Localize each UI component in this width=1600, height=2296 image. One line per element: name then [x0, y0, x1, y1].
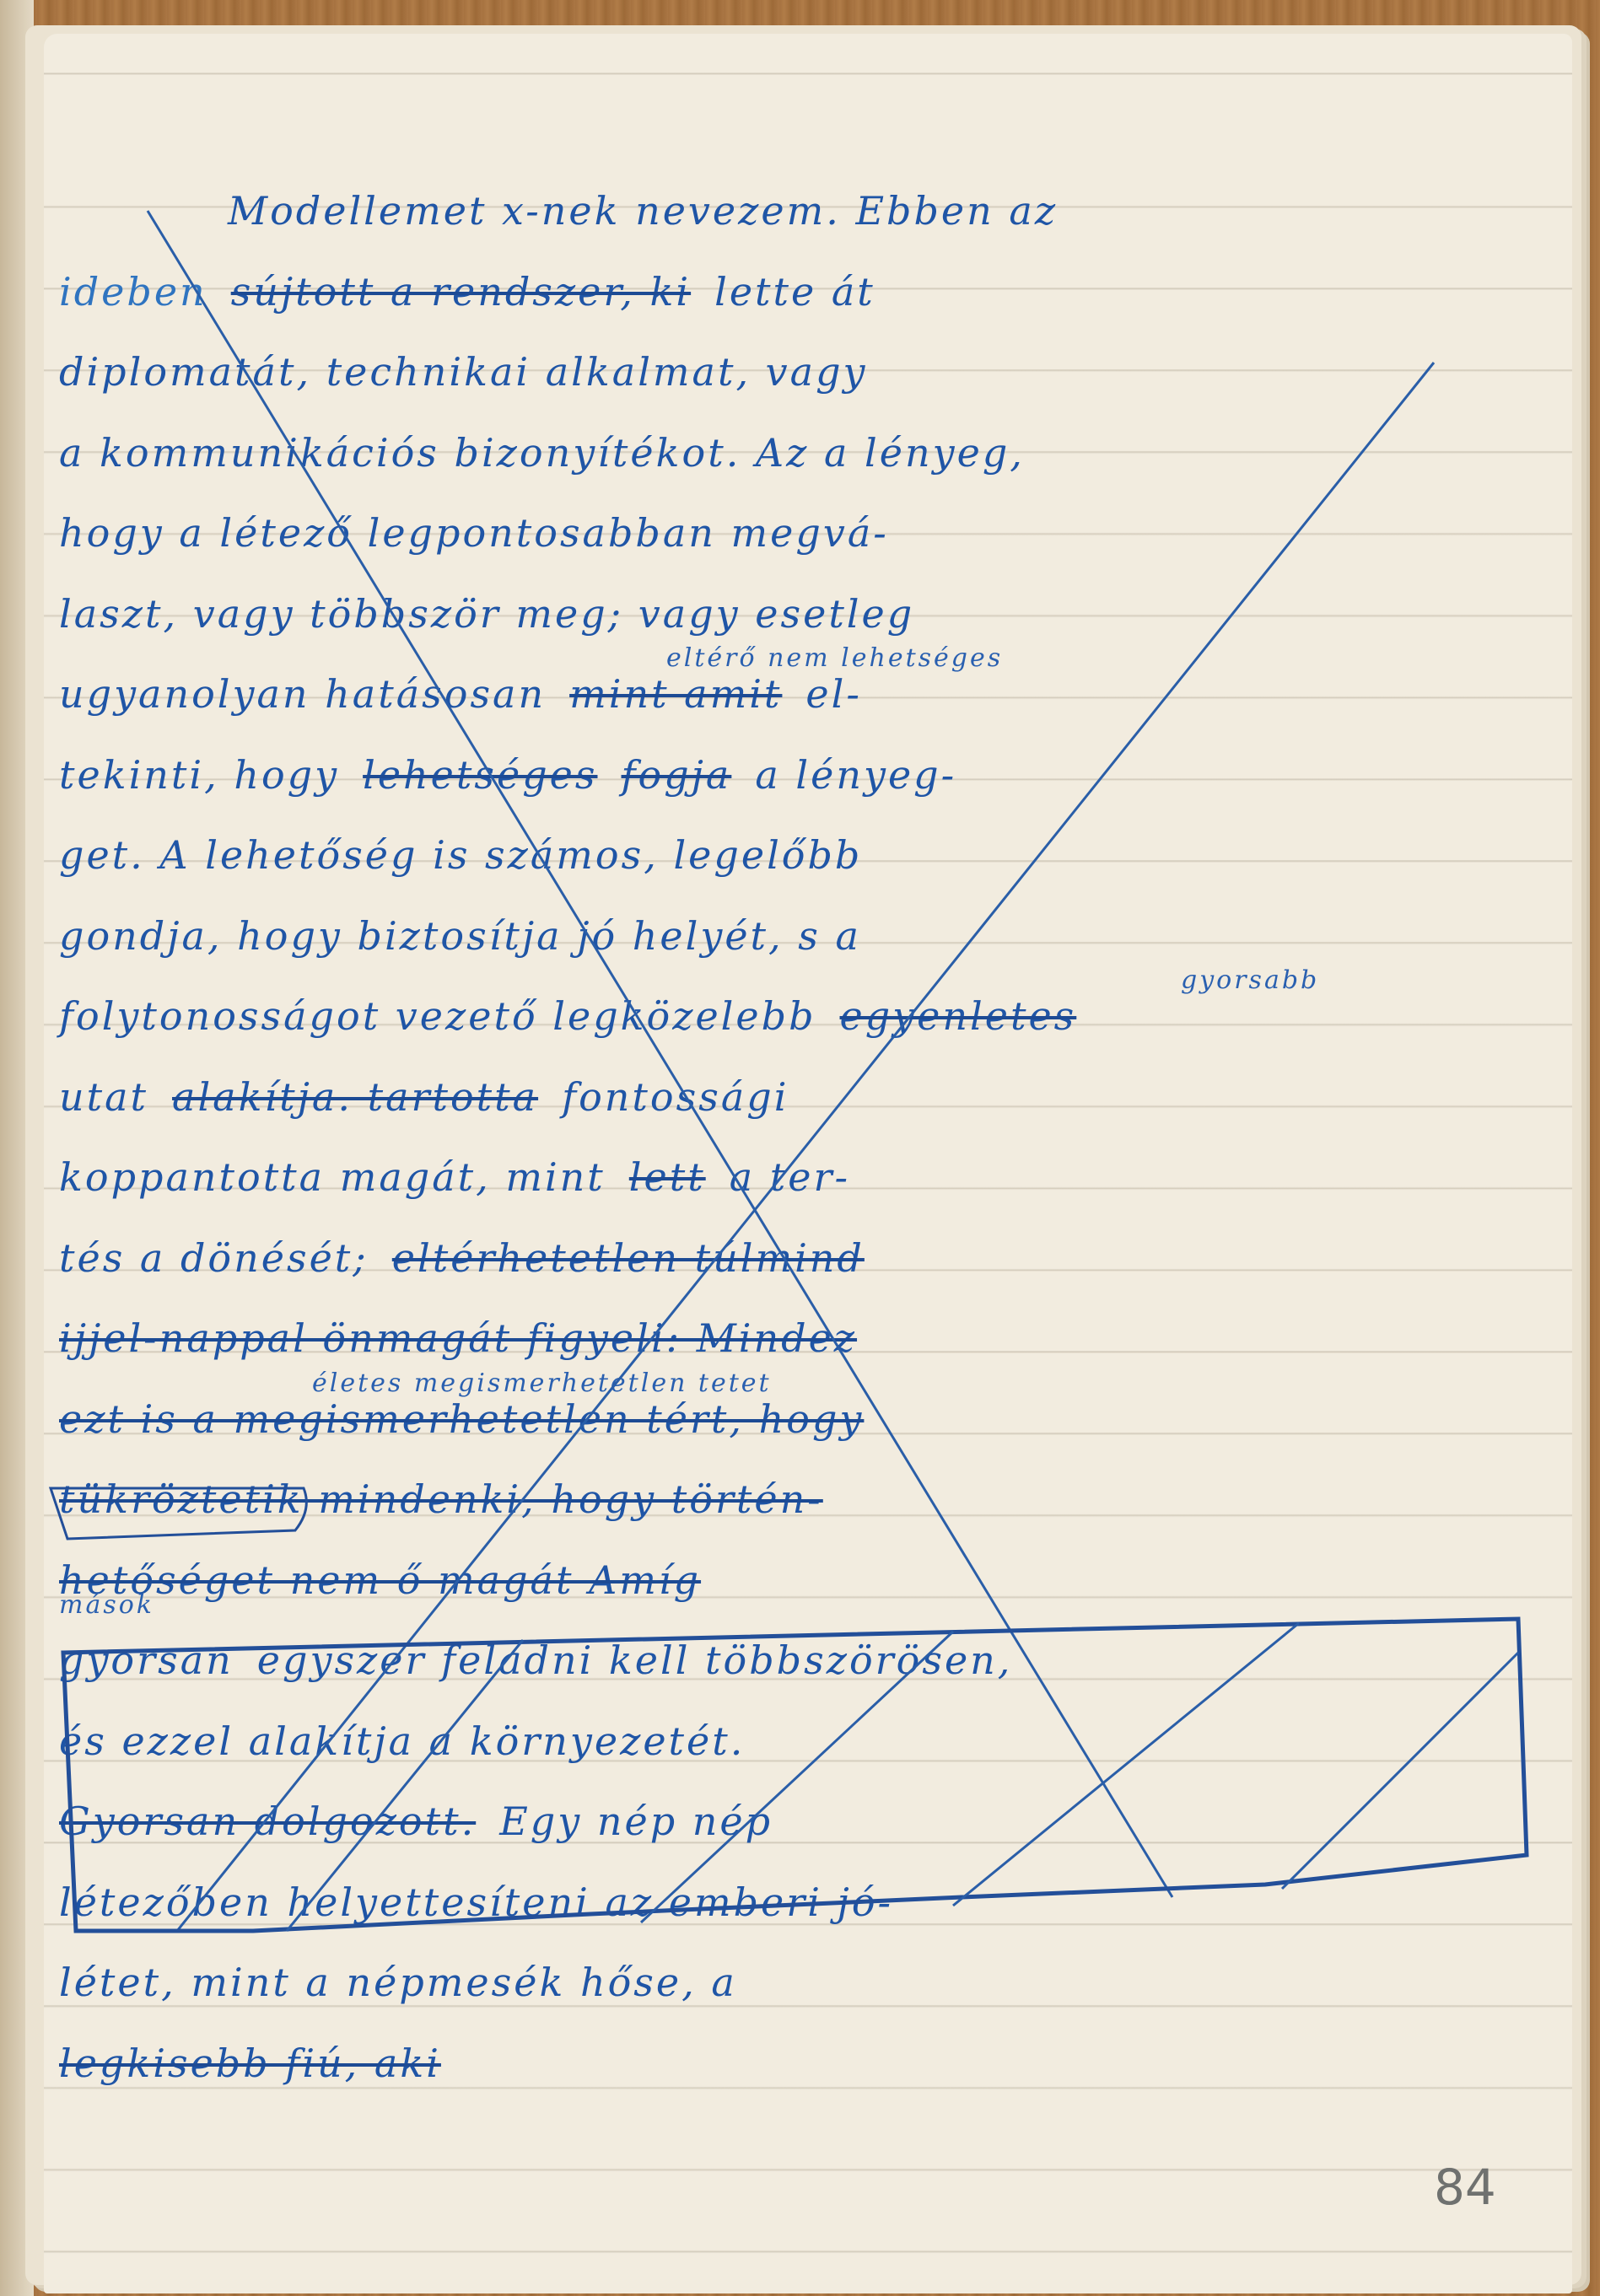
- cross-out-stroke: [177, 363, 1434, 1931]
- pen-markings: [0, 0, 1600, 2296]
- box-outline: [63, 1619, 1527, 1931]
- page-number: 84: [1434, 2159, 1496, 2216]
- circle-mark: [51, 1488, 306, 1539]
- cross-out-stroke: [148, 211, 1172, 1897]
